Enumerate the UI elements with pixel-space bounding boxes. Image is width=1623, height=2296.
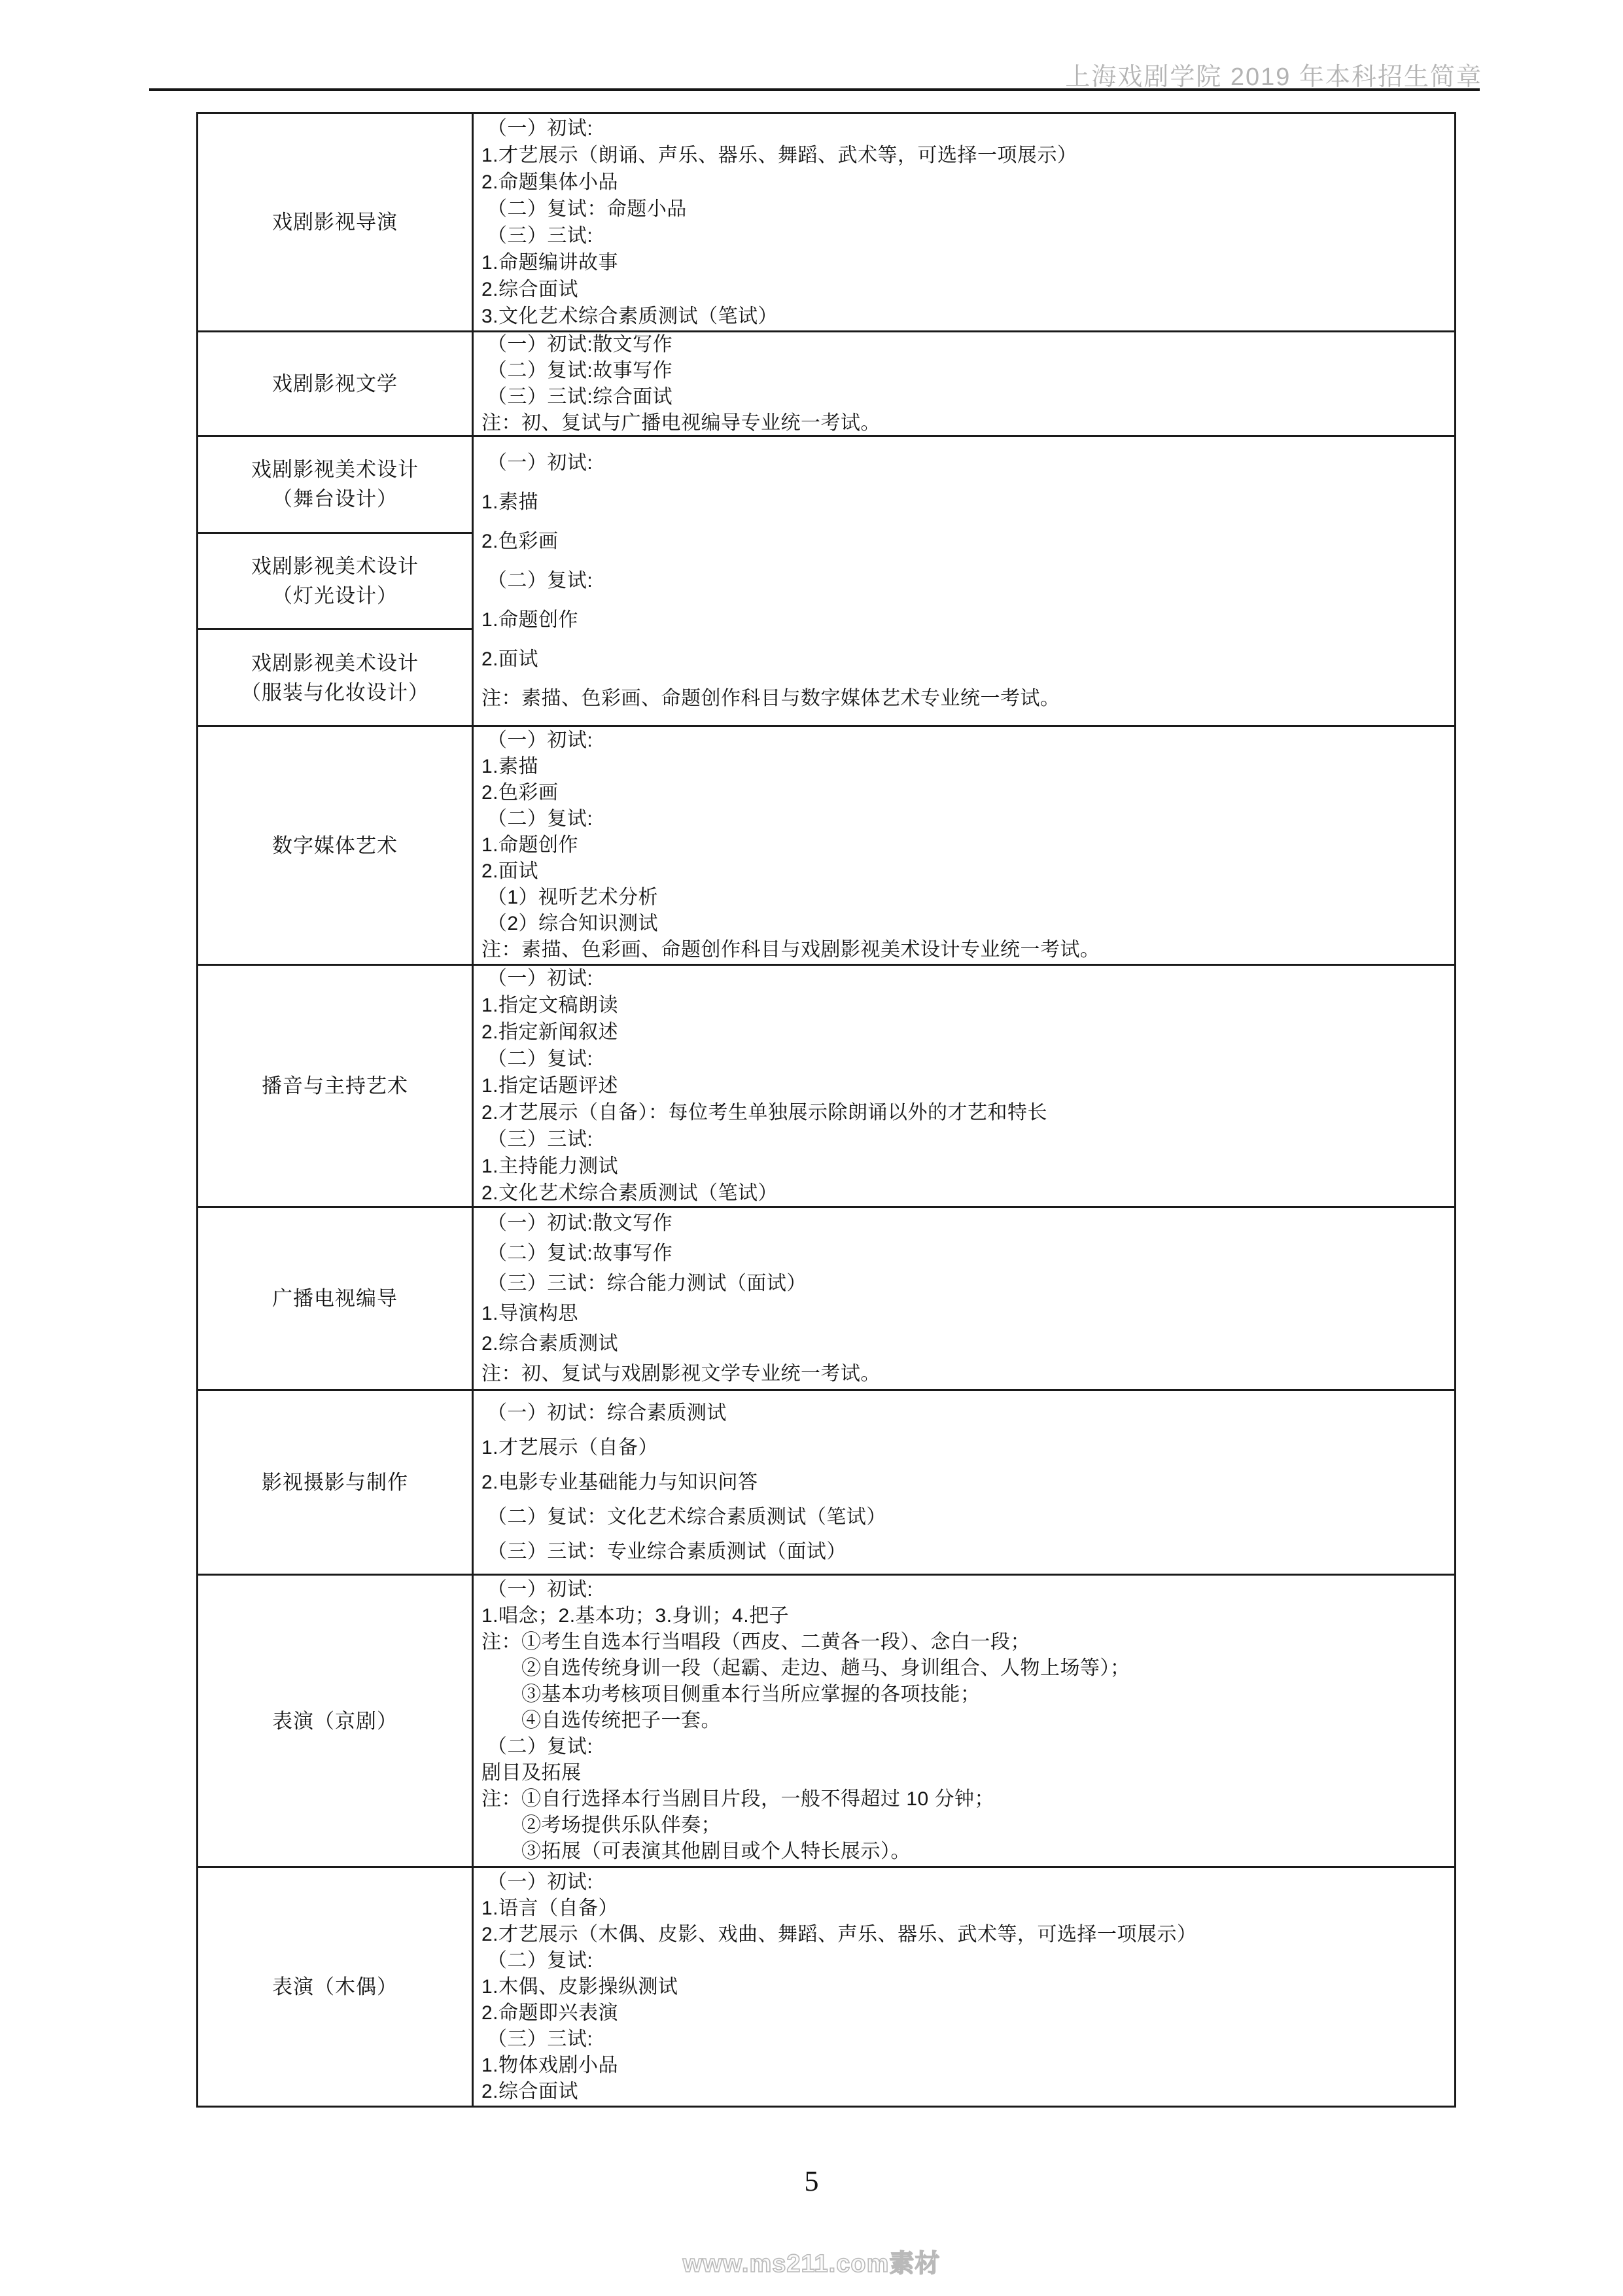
exam-line: （1）视听艺术分析: [481, 885, 1445, 911]
exam-line: （一）初试:: [481, 115, 1445, 142]
major-cell: 戏剧影视美术设计（灯光设计）: [198, 532, 472, 629]
exam-line: 2.色彩画: [481, 522, 1445, 561]
exam-line: 1.才艺展示（自备）: [481, 1430, 1445, 1465]
document-page: 上海戏剧学院 2019 年本科招生简章 戏剧影视导演 （一）初试:1.才艺展示（…: [0, 0, 1623, 2296]
table-row: 戏剧影视美术设计（舞台设计）戏剧影视美术设计（灯光设计）戏剧影视美术设计（服装与…: [198, 435, 1454, 725]
exam-cell: （一）初试:1.语言（自备）2.才艺展示（木偶、皮影、戏曲、舞蹈、声乐、器乐、武…: [474, 1868, 1454, 2106]
table-row: 数字媒体艺术 （一）初试:1.素描2.色彩画 （二）复试:1.命题创作2.面试 …: [198, 725, 1454, 964]
exam-line: 3.文化艺术综合素质测试（笔试）: [481, 303, 1445, 330]
major-label: （服装与化妆设计）: [241, 678, 429, 707]
table-row: 播音与主持艺术 （一）初试:1.指定文稿朗读2.指定新闻叙述 （二）复试:1.指…: [198, 964, 1454, 1206]
major-label: （灯光设计）: [272, 581, 398, 610]
major-column: 广播电视编导: [198, 1208, 474, 1389]
exam-line: 2.电影专业基础能力与知识问答: [481, 1465, 1445, 1500]
exam-cell: （一）初试:散文写作 （二）复试:故事写作 （三）三试:综合面试注：初、复试与广…: [474, 332, 1454, 435]
exam-line: （三）三试：专业综合素质测试（面试）: [481, 1534, 1445, 1569]
exam-line: 剧目及拓展: [481, 1760, 1445, 1786]
exam-line: 1.物体戏剧小品: [481, 2053, 1445, 2079]
exam-line: 注：素描、色彩画、命题创作科目与数字媒体艺术专业统一考试。: [481, 679, 1445, 718]
exam-line: 1.唱念；2.基本功；3.身训；4.把子: [481, 1603, 1445, 1629]
exam-table: 戏剧影视导演 （一）初试:1.才艺展示（朗诵、声乐、器乐、舞蹈、武术等，可选择一…: [196, 112, 1456, 2108]
exam-line: （一）初试:: [481, 1869, 1445, 1896]
major-column: 表演（京剧）: [198, 1576, 474, 1866]
exam-line: （一）初试:: [481, 1577, 1445, 1603]
exam-line: 2.文化艺术综合素质测试（笔试）: [481, 1180, 1445, 1206]
exam-cell: （一）初试:1.素描2.色彩画 （二）复试:1.命题创作2.面试注：素描、色彩画…: [474, 437, 1454, 725]
exam-line: 2.才艺展示（自备）：每位考生单独展示除朗诵以外的才艺和特长: [481, 1099, 1445, 1126]
major-cell: 戏剧影视美术设计（舞台设计）: [198, 437, 472, 532]
exam-line: 1.命题创作: [481, 601, 1445, 640]
major-cell: 表演（京剧）: [198, 1576, 472, 1866]
exam-line: 注：①考生自选本行当唱段（西皮、二黄各一段）、念白一段；: [481, 1629, 1445, 1655]
exam-line: 2.综合素质测试: [481, 1329, 1445, 1359]
major-column: 播音与主持艺术: [198, 966, 474, 1206]
exam-line: 1.素描: [481, 483, 1445, 522]
table-row: 表演（京剧） （一）初试:1.唱念；2.基本功；3.身训；4.把子注：①考生自选…: [198, 1574, 1454, 1866]
major-cell: 戏剧影视美术设计（服装与化妆设计）: [198, 628, 472, 725]
exam-line: （二）复试:故事写作: [481, 1239, 1445, 1269]
header-rule: [149, 88, 1480, 91]
exam-line: 2.命题集体小品: [481, 169, 1445, 196]
exam-line: 2.面试: [481, 640, 1445, 679]
exam-line: ②自选传统身训一段（起霸、走边、趟马、身训组合、人物上场等）；: [481, 1655, 1445, 1682]
exam-line: 2.色彩画: [481, 780, 1445, 806]
exam-line: 1.主持能力测试: [481, 1153, 1445, 1180]
exam-line: 1.素描: [481, 754, 1445, 780]
exam-cell: （一）初试：综合素质测试1.才艺展示（自备）2.电影专业基础能力与知识问答 （二…: [474, 1391, 1454, 1574]
exam-line: （2）综合知识测试: [481, 911, 1445, 937]
exam-line: （三）三试:: [481, 1126, 1445, 1153]
major-cell: 戏剧影视导演: [198, 114, 472, 330]
page-number: 5: [0, 2164, 1623, 2198]
exam-line: 1.木偶、皮影操纵测试: [481, 1974, 1445, 2000]
major-label: 影视摄影与制作: [262, 1468, 408, 1497]
page-header-title: 上海戏剧学院 2019 年本科招生简章: [1065, 56, 1482, 92]
exam-line: 注：初、复试与戏剧影视文学专业统一考试。: [481, 1359, 1445, 1389]
exam-line: 2.命题即兴表演: [481, 2000, 1445, 2026]
exam-line: （二）复试：文化艺术综合素质测试（笔试）: [481, 1500, 1445, 1534]
exam-cell: （一）初试:1.唱念；2.基本功；3.身训；4.把子注：①考生自选本行当唱段（西…: [474, 1576, 1454, 1866]
exam-line: 2.指定新闻叙述: [481, 1019, 1445, 1046]
exam-line: （三）三试:: [481, 222, 1445, 249]
major-column: 戏剧影视美术设计（舞台设计）戏剧影视美术设计（灯光设计）戏剧影视美术设计（服装与…: [198, 437, 474, 725]
exam-line: （二）复试:: [481, 561, 1445, 601]
exam-line: （一）初试：综合素质测试: [481, 1396, 1445, 1430]
major-cell: 数字媒体艺术: [198, 727, 472, 964]
table-row: 表演（木偶） （一）初试:1.语言（自备）2.才艺展示（木偶、皮影、戏曲、舞蹈、…: [198, 1866, 1454, 2106]
table-row: 广播电视编导 （一）初试:散文写作 （二）复试:故事写作 （三）三试：综合能力测…: [198, 1206, 1454, 1389]
table-row: 影视摄影与制作 （一）初试：综合素质测试1.才艺展示（自备）2.电影专业基础能力…: [198, 1389, 1454, 1574]
exam-line: 1.导演构思: [481, 1299, 1445, 1329]
table-row: 戏剧影视文学 （一）初试:散文写作 （二）复试:故事写作 （三）三试:综合面试注…: [198, 330, 1454, 435]
exam-line: 2.面试: [481, 858, 1445, 885]
major-label: 广播电视编导: [272, 1284, 398, 1313]
exam-line: ③拓展（可表演其他剧目或个人特长展示）。: [481, 1839, 1445, 1865]
major-label: （舞台设计）: [272, 484, 398, 514]
major-label: 播音与主持艺术: [262, 1071, 408, 1101]
major-label: 戏剧影视文学: [272, 369, 398, 398]
exam-line: （三）三试：综合能力测试（面试）: [481, 1269, 1445, 1299]
exam-cell: （一）初试:1.指定文稿朗读2.指定新闻叙述 （二）复试:1.指定话题评述2.才…: [474, 966, 1454, 1206]
exam-line: ②考场提供乐队伴奏；: [481, 1812, 1445, 1839]
exam-line: （二）复试：命题小品: [481, 196, 1445, 222]
major-label: 数字媒体艺术: [272, 831, 398, 860]
exam-line: （一）初试:: [481, 966, 1445, 992]
exam-line: 注：初、复试与广播电视编导专业统一考试。: [481, 410, 1445, 436]
major-label: 戏剧影视美术设计: [251, 455, 419, 484]
exam-line: （一）初试:散文写作: [481, 1209, 1445, 1239]
exam-line: 1.语言（自备）: [481, 1896, 1445, 1922]
exam-line: （二）复试:: [481, 1046, 1445, 1072]
exam-line: （二）复试:: [481, 806, 1445, 832]
exam-line: （一）初试:: [481, 728, 1445, 754]
major-column: 戏剧影视文学: [198, 332, 474, 435]
exam-cell: （一）初试:散文写作 （二）复试:故事写作 （三）三试：综合能力测试（面试）1.…: [474, 1208, 1454, 1389]
major-label: 戏剧影视美术设计: [251, 648, 419, 678]
major-column: 数字媒体艺术: [198, 727, 474, 964]
exam-line: （三）三试:综合面试: [481, 384, 1445, 410]
exam-line: 1.命题创作: [481, 832, 1445, 858]
exam-line: ③基本功考核项目侧重本行当所应掌握的各项技能；: [481, 1682, 1445, 1708]
exam-line: 1.指定话题评述: [481, 1072, 1445, 1099]
exam-line: ④自选传统把子一套。: [481, 1708, 1445, 1734]
exam-line: （二）复试:: [481, 1734, 1445, 1760]
major-label: 戏剧影视导演: [272, 207, 398, 237]
major-cell: 戏剧影视文学: [198, 332, 472, 435]
major-cell: 播音与主持艺术: [198, 966, 472, 1206]
table-row: 戏剧影视导演 （一）初试:1.才艺展示（朗诵、声乐、器乐、舞蹈、武术等，可选择一…: [198, 114, 1454, 330]
major-cell: 表演（木偶）: [198, 1868, 472, 2106]
exam-line: （三）三试:: [481, 2026, 1445, 2053]
exam-line: （二）复试:故事写作: [481, 358, 1445, 384]
exam-line: 2.才艺展示（木偶、皮影、戏曲、舞蹈、声乐、器乐、武术等，可选择一项展示）: [481, 1922, 1445, 1948]
exam-cell: （一）初试:1.才艺展示（朗诵、声乐、器乐、舞蹈、武术等，可选择一项展示）2.命…: [474, 114, 1454, 330]
major-column: 戏剧影视导演: [198, 114, 474, 330]
exam-line: （二）复试:: [481, 1948, 1445, 1974]
major-label: 表演（京剧）: [272, 1706, 398, 1736]
major-cell: 影视摄影与制作: [198, 1391, 472, 1574]
exam-line: 1.指定文稿朗读: [481, 992, 1445, 1019]
exam-line: 1.才艺展示（朗诵、声乐、器乐、舞蹈、武术等，可选择一项展示）: [481, 142, 1445, 169]
exam-line: 2.综合面试: [481, 276, 1445, 303]
watermark-text: www.ms211.com素材: [0, 2243, 1623, 2279]
exam-line: （一）初试:散文写作: [481, 332, 1445, 358]
major-column: 影视摄影与制作: [198, 1391, 474, 1574]
exam-line: （一）初试:: [481, 444, 1445, 483]
major-column: 表演（木偶）: [198, 1868, 474, 2106]
major-label: 戏剧影视美术设计: [251, 552, 419, 581]
exam-line: 注：①自行选择本行当剧目片段，一般不得超过 10 分钟；: [481, 1786, 1445, 1812]
major-label: 表演（木偶）: [272, 1972, 398, 2002]
exam-cell: （一）初试:1.素描2.色彩画 （二）复试:1.命题创作2.面试 （1）视听艺术…: [474, 727, 1454, 964]
exam-line: 注：素描、色彩画、命题创作科目与戏剧影视美术设计专业统一考试。: [481, 937, 1445, 963]
exam-line: 1.命题编讲故事: [481, 249, 1445, 276]
exam-line: 2.综合面试: [481, 2079, 1445, 2105]
major-cell: 广播电视编导: [198, 1208, 472, 1389]
